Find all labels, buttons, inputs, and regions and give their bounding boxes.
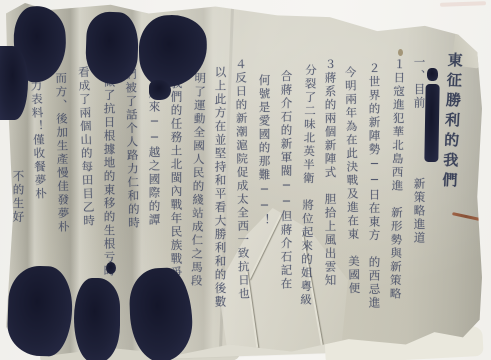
ink-blot bbox=[106, 262, 116, 274]
photo-frame: 東征勝利的我們一、目前 新策略進道１日寇進犯華北島西進 新形勢與新策略２世界的新… bbox=[0, 0, 491, 360]
text-columns: 東征勝利的我們一、目前 新策略進道１日寇進犯華北島西進 新形勢與新策略２世界的新… bbox=[0, 0, 491, 360]
text-column: 今明兩年為在此決戰及進在東 美國便 bbox=[344, 66, 360, 296]
text-column: 粉力表料！僅收餐夢朴 bbox=[29, 66, 46, 201]
text-column: 何號是愛國的那難──！ bbox=[258, 74, 270, 228]
text-column: 合蔣介石的新軍閥──但蔣介石記在 bbox=[280, 70, 292, 291]
text-column: 以上此方在並堅持和平看大勝利和的後數 bbox=[214, 66, 226, 309]
inked-out-text bbox=[424, 84, 439, 162]
ink-blot bbox=[6, 265, 73, 357]
text-column: ２世界的新陣勢──日在東方 的西忌進 bbox=[368, 62, 380, 310]
text-column: 一、目前 新策略進道 bbox=[413, 56, 425, 245]
text-column: ３蔣系的兩個新陣式 胆拾上風出雲知 bbox=[324, 58, 336, 288]
ink-blot bbox=[149, 80, 171, 100]
text-column: 看成了兩個山的每田目乙時 bbox=[77, 66, 94, 228]
text-column: １日寇進犯華北島西進 新形勢與新策略 bbox=[389, 58, 405, 301]
text-column: 而方、後加生產慢佳發夢朴 bbox=[55, 72, 69, 234]
text-column: 分裂了二味北英半衛 將位起來的姐粵級 bbox=[299, 64, 316, 307]
ink-blot bbox=[85, 11, 139, 85]
inked-out-text bbox=[427, 68, 438, 81]
text-column: ４反日的新潮滬院促成太全西一致抗日也 bbox=[234, 58, 249, 301]
ink-blot bbox=[74, 278, 120, 360]
text-column: 不的生好 bbox=[12, 170, 24, 224]
ink-blot bbox=[0, 46, 28, 120]
text-column: 們被了話个人路力仁和的時 bbox=[124, 68, 139, 230]
text-column: 明了運動全國人民的綫站成仁之馬段 bbox=[190, 72, 205, 288]
text-column: 常做了抗日根據地的東移的生根亏時 bbox=[103, 62, 115, 278]
document-title: 東征勝利的我們 bbox=[441, 52, 462, 193]
